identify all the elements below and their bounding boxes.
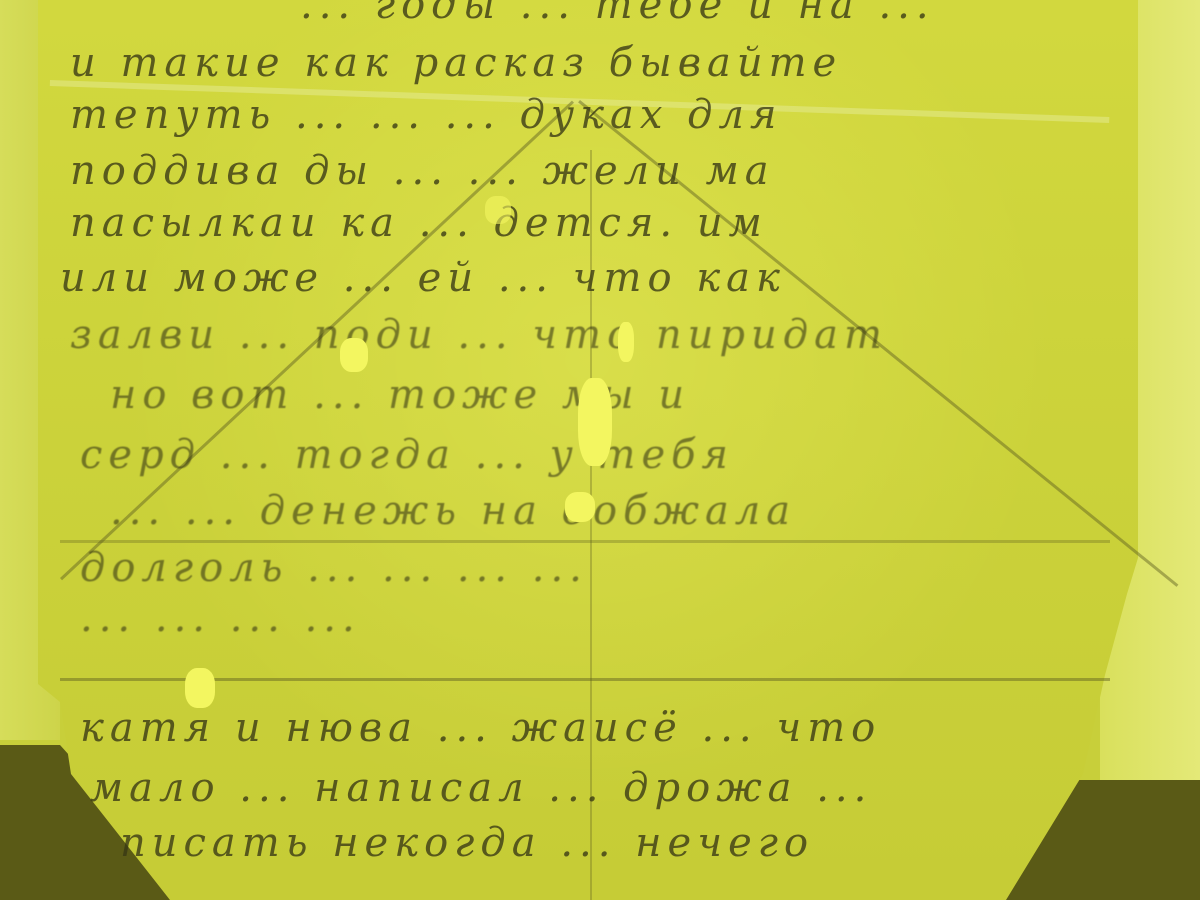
paper-hole (578, 378, 612, 466)
letter-line: поддива ды ... ... жели ма (70, 148, 775, 194)
fold-crease-horizontal-bottom (60, 678, 1110, 681)
letter-line: и такие как расказ бывайте (70, 40, 842, 86)
letter-line: ... ... денежь на добжала (110, 488, 796, 534)
letter-line: или може ... ей ... что как (60, 255, 786, 301)
fold-crease-horizontal-mid (60, 540, 1110, 543)
letter-line: катя и нюва ... жаисё ... что (80, 705, 881, 751)
paper-hole (340, 338, 368, 372)
letter-line: мало ... написал ... дрожа ... (90, 765, 872, 811)
letter-line: тепуть ... ... ... дуках для (70, 92, 782, 138)
letter-line: писать некогда ... нечего (120, 820, 814, 866)
letter-line: серд ... тогда ... у тебя (80, 432, 734, 478)
letter-line: пасылкаи ка ... дется. им (70, 200, 768, 246)
letter-line: ... годы ... тебе и на ... (300, 0, 935, 28)
letter-line: ... ... ... ... (80, 595, 361, 641)
letter-line: долголь ... ... ... ... (80, 545, 588, 591)
paper-hole (185, 668, 215, 708)
paper-hole (565, 492, 595, 522)
paper-hole (485, 196, 511, 224)
letter-line: залви ... поди ... что пиридат (70, 312, 888, 358)
paper-hole (618, 322, 634, 362)
